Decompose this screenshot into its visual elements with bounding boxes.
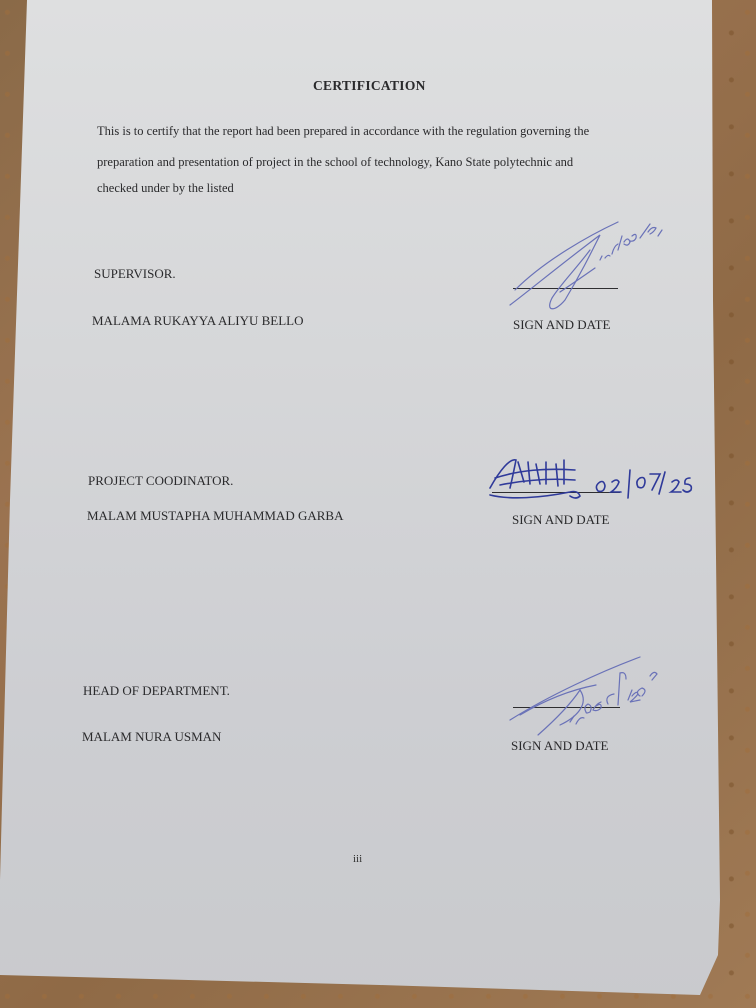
page-title: CERTIFICATION (313, 78, 426, 94)
hod-sign-and-date-label: SIGN AND DATE (511, 738, 609, 754)
supervisor-name: MALAMA RUKAYYA ALIYU BELLO (92, 313, 304, 329)
supervisor-signature-line (513, 288, 618, 289)
certification-paragraph-line-1: This is to certify that the report had b… (97, 124, 589, 139)
coordinator-name: MALAM MUSTAPHA MUHAMMAD GARBA (87, 508, 343, 524)
hod-role: HEAD OF DEPARTMENT. (83, 683, 230, 699)
hod-signature-line (513, 707, 620, 708)
supervisor-sign-and-date-label: SIGN AND DATE (513, 317, 611, 333)
certification-paragraph-line-3: checked under by the listed (97, 181, 234, 196)
supervisor-role: SUPERVISOR. (94, 266, 176, 282)
hod-name: MALAM NURA USMAN (82, 729, 221, 745)
certification-paragraph-line-2: preparation and presentation of project … (97, 155, 573, 170)
page-number: iii (353, 853, 362, 865)
coordinator-role: PROJECT COODINATOR. (88, 473, 233, 489)
paper-sheet (0, 0, 756, 1008)
coordinator-signature-line (492, 492, 620, 493)
coordinator-sign-and-date-label: SIGN AND DATE (512, 512, 610, 528)
